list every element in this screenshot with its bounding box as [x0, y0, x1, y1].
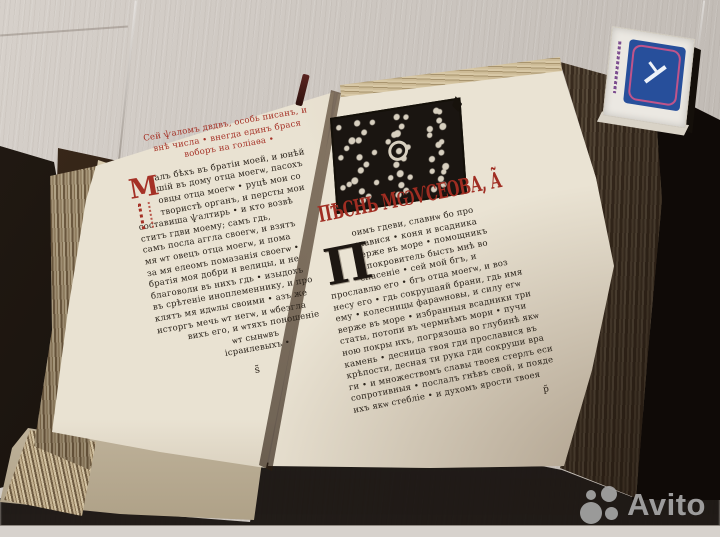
matchbox-top-face	[603, 26, 695, 129]
photo-open-antique-book: Сей ѱаломъ двдвъ, особь писанъ, ивнѣ чис…	[0, 0, 720, 537]
initial-letter: М	[127, 174, 155, 204]
matchbox-label	[623, 39, 686, 112]
logo-circle	[586, 490, 596, 500]
matchbox	[603, 26, 695, 129]
avito-four-circles-logo-icon	[580, 486, 620, 524]
initial-flourish	[138, 202, 154, 230]
logo-circle	[580, 502, 602, 524]
decorated-initial-P: П	[321, 238, 376, 290]
avito-wordmark: Avito	[627, 487, 706, 523]
matchbox-side-print	[613, 41, 621, 93]
logo-circle	[601, 486, 617, 502]
floor-front-strip	[0, 525, 720, 537]
avito-watermark: Avito	[580, 486, 706, 524]
right-page-text: ПѢСНЬ МѠѴСЕОВА, А̃ П оимъ гдеви, славнѡ …	[312, 158, 587, 431]
logo-circle	[605, 507, 618, 520]
